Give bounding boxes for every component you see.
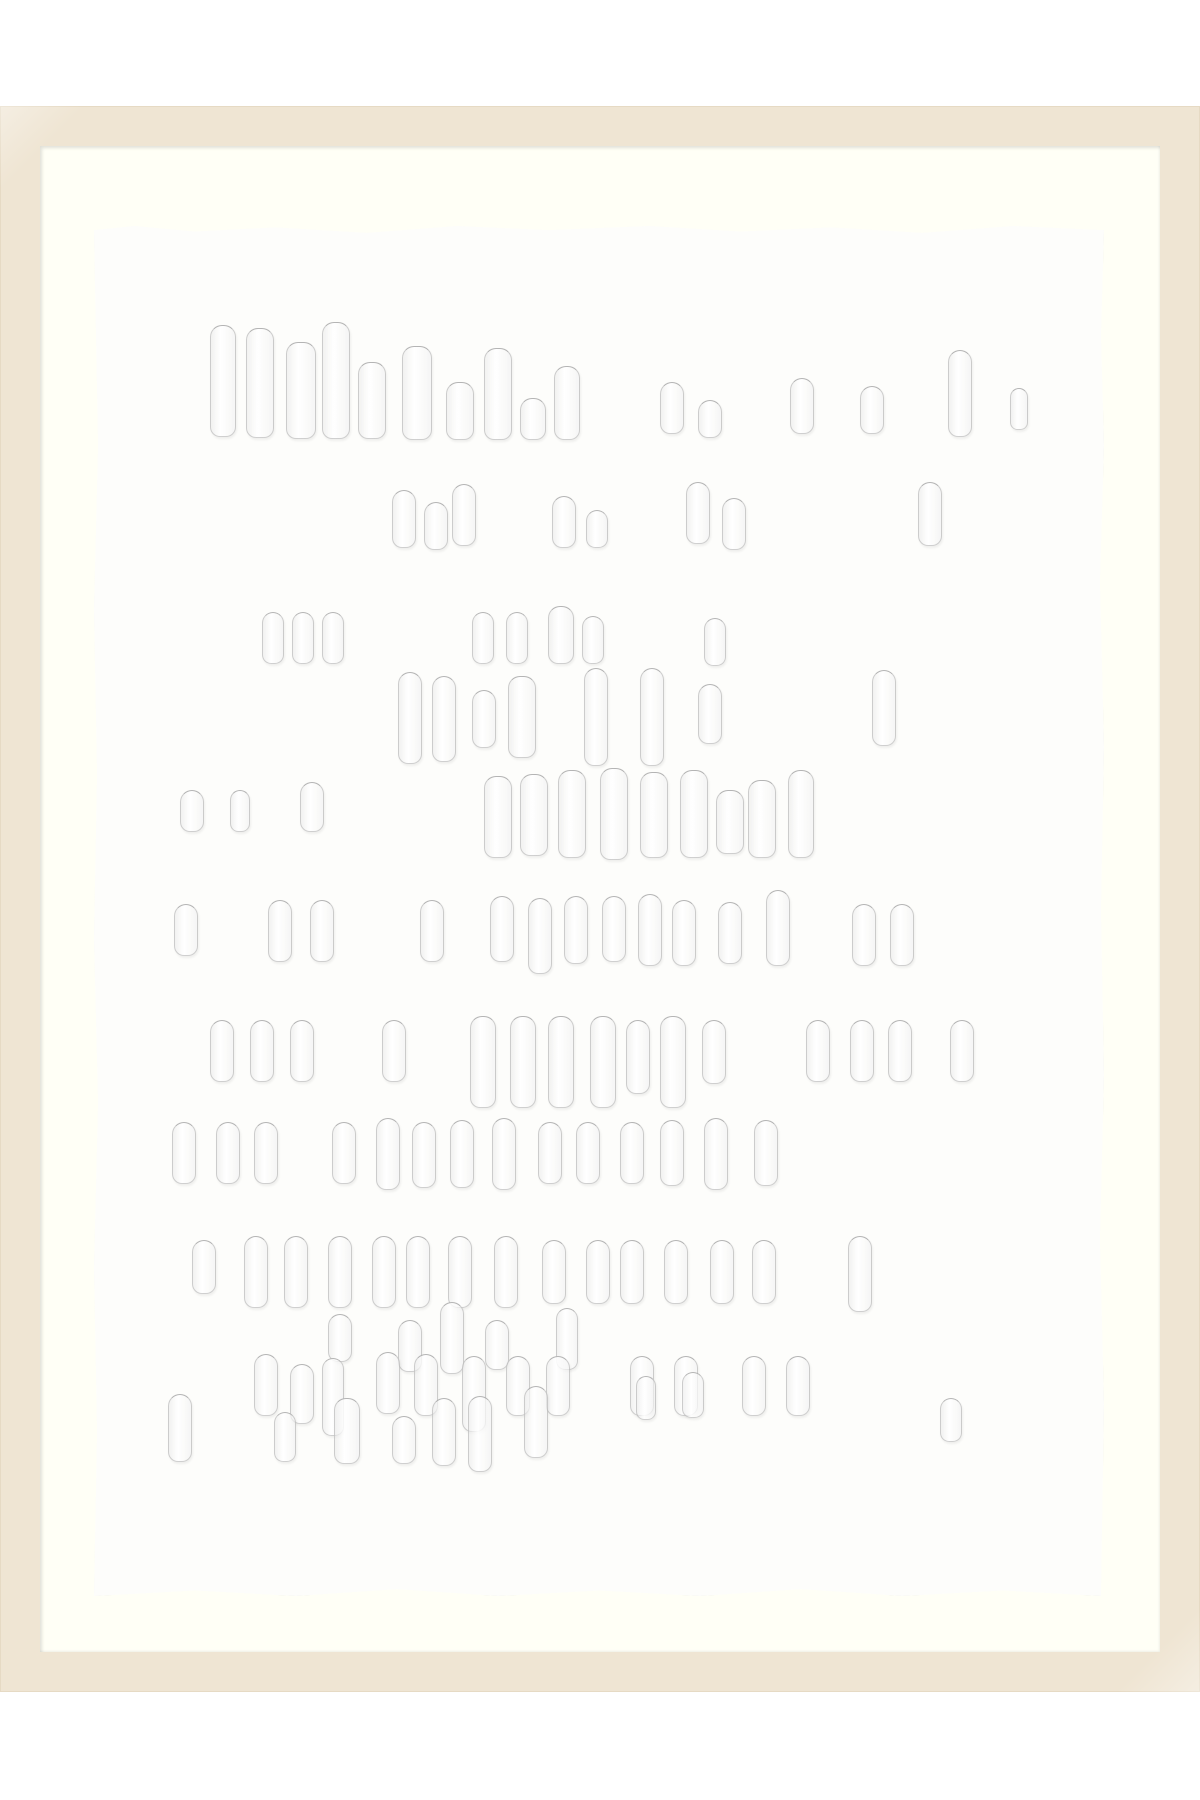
embossed-mark [716, 790, 744, 854]
embossed-mark [468, 1396, 492, 1472]
embossed-mark [420, 900, 444, 962]
embossed-mark [310, 900, 334, 962]
embossed-mark [702, 1020, 726, 1084]
embossed-mark [660, 1016, 686, 1108]
embossed-mark [448, 1236, 472, 1308]
embossed-mark [752, 1240, 776, 1304]
embossed-mark [254, 1122, 278, 1184]
embossed-mark [1010, 388, 1028, 430]
embossed-mark [710, 1240, 734, 1304]
embossed-mark [600, 768, 628, 860]
embossed-mark [440, 1302, 464, 1374]
embossed-mark [244, 1236, 268, 1308]
embossed-mark [788, 770, 814, 858]
embossed-mark [520, 398, 546, 440]
embossed-mark [470, 1016, 496, 1108]
embossed-mark [376, 1118, 400, 1190]
embossed-mark [392, 1416, 416, 1464]
embossed-mark [852, 904, 876, 966]
embossed-mark [554, 366, 580, 440]
embossed-mark [860, 386, 884, 434]
embossed-mark [490, 896, 514, 962]
embossed-mark [250, 1020, 274, 1082]
embossed-mark [290, 1020, 314, 1082]
embossed-mark [174, 904, 198, 956]
embossed-mark [722, 498, 746, 550]
embossed-mark [358, 362, 386, 439]
embossed-mark [620, 1240, 644, 1304]
embossed-mark [322, 612, 344, 664]
embossed-mark [850, 1020, 874, 1082]
embossed-mark [754, 1120, 778, 1186]
embossed-mark [402, 346, 432, 440]
embossed-mark [506, 612, 528, 664]
embossed-mark [168, 1394, 192, 1462]
embossed-mark [790, 378, 814, 434]
embossed-mark [626, 1020, 650, 1094]
embossed-mark [718, 902, 742, 964]
embossed-mark [660, 382, 684, 434]
embossed-mark [334, 1398, 360, 1464]
embossed-mark [576, 1122, 600, 1184]
embossed-mark [230, 790, 250, 832]
embossed-mark [584, 668, 608, 766]
embossed-mark [766, 890, 790, 966]
embossed-mark [636, 1376, 656, 1420]
embossed-mark [640, 772, 668, 858]
embossed-mark [472, 612, 494, 664]
embossed-mark [918, 482, 942, 546]
embossed-mark [940, 1398, 962, 1442]
embossed-mark [332, 1122, 356, 1184]
mat-board [40, 146, 1160, 1652]
deckled-paper-artwork [94, 226, 1104, 1596]
embossed-mark [948, 350, 972, 437]
embossed-mark [586, 1240, 610, 1304]
embossed-mark [552, 496, 576, 548]
embossed-mark [432, 1398, 456, 1466]
embossed-mark [268, 900, 292, 962]
embossed-mark [192, 1240, 216, 1294]
embossed-mark [450, 1120, 474, 1188]
embossed-mark [698, 400, 722, 438]
embossed-mark [564, 896, 588, 964]
embossed-mark [484, 348, 512, 440]
embossed-mark [290, 1364, 314, 1424]
embossed-mark [472, 690, 496, 748]
embossed-mark [286, 342, 316, 439]
embossed-mark [590, 1016, 616, 1108]
embossed-mark [376, 1352, 400, 1414]
embossed-mark [872, 670, 896, 746]
embossed-mark [492, 1118, 516, 1190]
embossed-mark [398, 672, 422, 764]
embossed-mark [602, 896, 626, 962]
embossed-mark [485, 1320, 509, 1370]
embossed-mark [582, 616, 604, 664]
embossed-mark [292, 612, 314, 664]
embossed-mark [848, 1236, 872, 1312]
embossed-mark [672, 900, 696, 966]
embossed-mark [424, 502, 448, 550]
embossed-mark [586, 510, 608, 548]
embossed-mark [528, 898, 552, 974]
embossed-mark [660, 1120, 684, 1186]
embossed-mark [484, 776, 512, 858]
embossed-mark [432, 676, 456, 762]
embossed-mark [638, 894, 662, 966]
embossed-mark [262, 612, 284, 664]
embossed-mark [180, 790, 204, 832]
embossed-mark [412, 1122, 436, 1188]
embossed-mark [748, 780, 776, 858]
embossed-mark [542, 1240, 566, 1304]
embossed-mark [510, 1016, 536, 1108]
embossed-mark [558, 770, 586, 858]
embossed-mark [806, 1020, 830, 1082]
embossed-mark [742, 1356, 766, 1416]
embossed-mark [520, 774, 548, 856]
embossed-mark [246, 328, 274, 438]
embossed-mark [890, 904, 914, 966]
embossed-mark [406, 1236, 430, 1308]
embossed-mark [322, 322, 350, 439]
embossed-mark [284, 1236, 308, 1308]
embossed-mark [682, 1372, 704, 1418]
embossed-mark [888, 1020, 912, 1082]
embossed-mark [210, 325, 236, 437]
embossed-mark [274, 1412, 296, 1462]
embossed-mark [172, 1122, 196, 1184]
picture-frame [0, 106, 1200, 1692]
embossed-mark [508, 676, 536, 758]
embossed-mark [686, 482, 710, 544]
embossed-mark [328, 1314, 352, 1362]
embossed-mark [786, 1356, 810, 1416]
embossed-mark [548, 1016, 574, 1108]
embossed-mark [372, 1236, 396, 1308]
embossed-mark [452, 484, 476, 546]
embossed-mark [680, 770, 708, 858]
embossed-mark [392, 490, 416, 548]
embossed-mark [548, 606, 574, 664]
embossed-mark [300, 782, 324, 832]
embossed-mark [494, 1236, 518, 1308]
embossed-mark [546, 1356, 570, 1416]
embossed-mark [640, 668, 664, 766]
embossed-mark [538, 1122, 562, 1184]
embossed-mark [210, 1020, 234, 1082]
embossed-mark [524, 1386, 548, 1458]
embossed-mark [620, 1122, 644, 1184]
embossed-mark [704, 618, 726, 666]
embossed-mark [328, 1236, 352, 1308]
embossed-mark [704, 1118, 728, 1190]
embossed-mark [216, 1122, 240, 1184]
embossed-mark [950, 1020, 974, 1082]
embossed-mark [254, 1354, 278, 1416]
embossed-mark [698, 684, 722, 744]
embossed-mark [664, 1240, 688, 1304]
embossed-mark [446, 382, 474, 440]
embossed-mark [382, 1020, 406, 1082]
